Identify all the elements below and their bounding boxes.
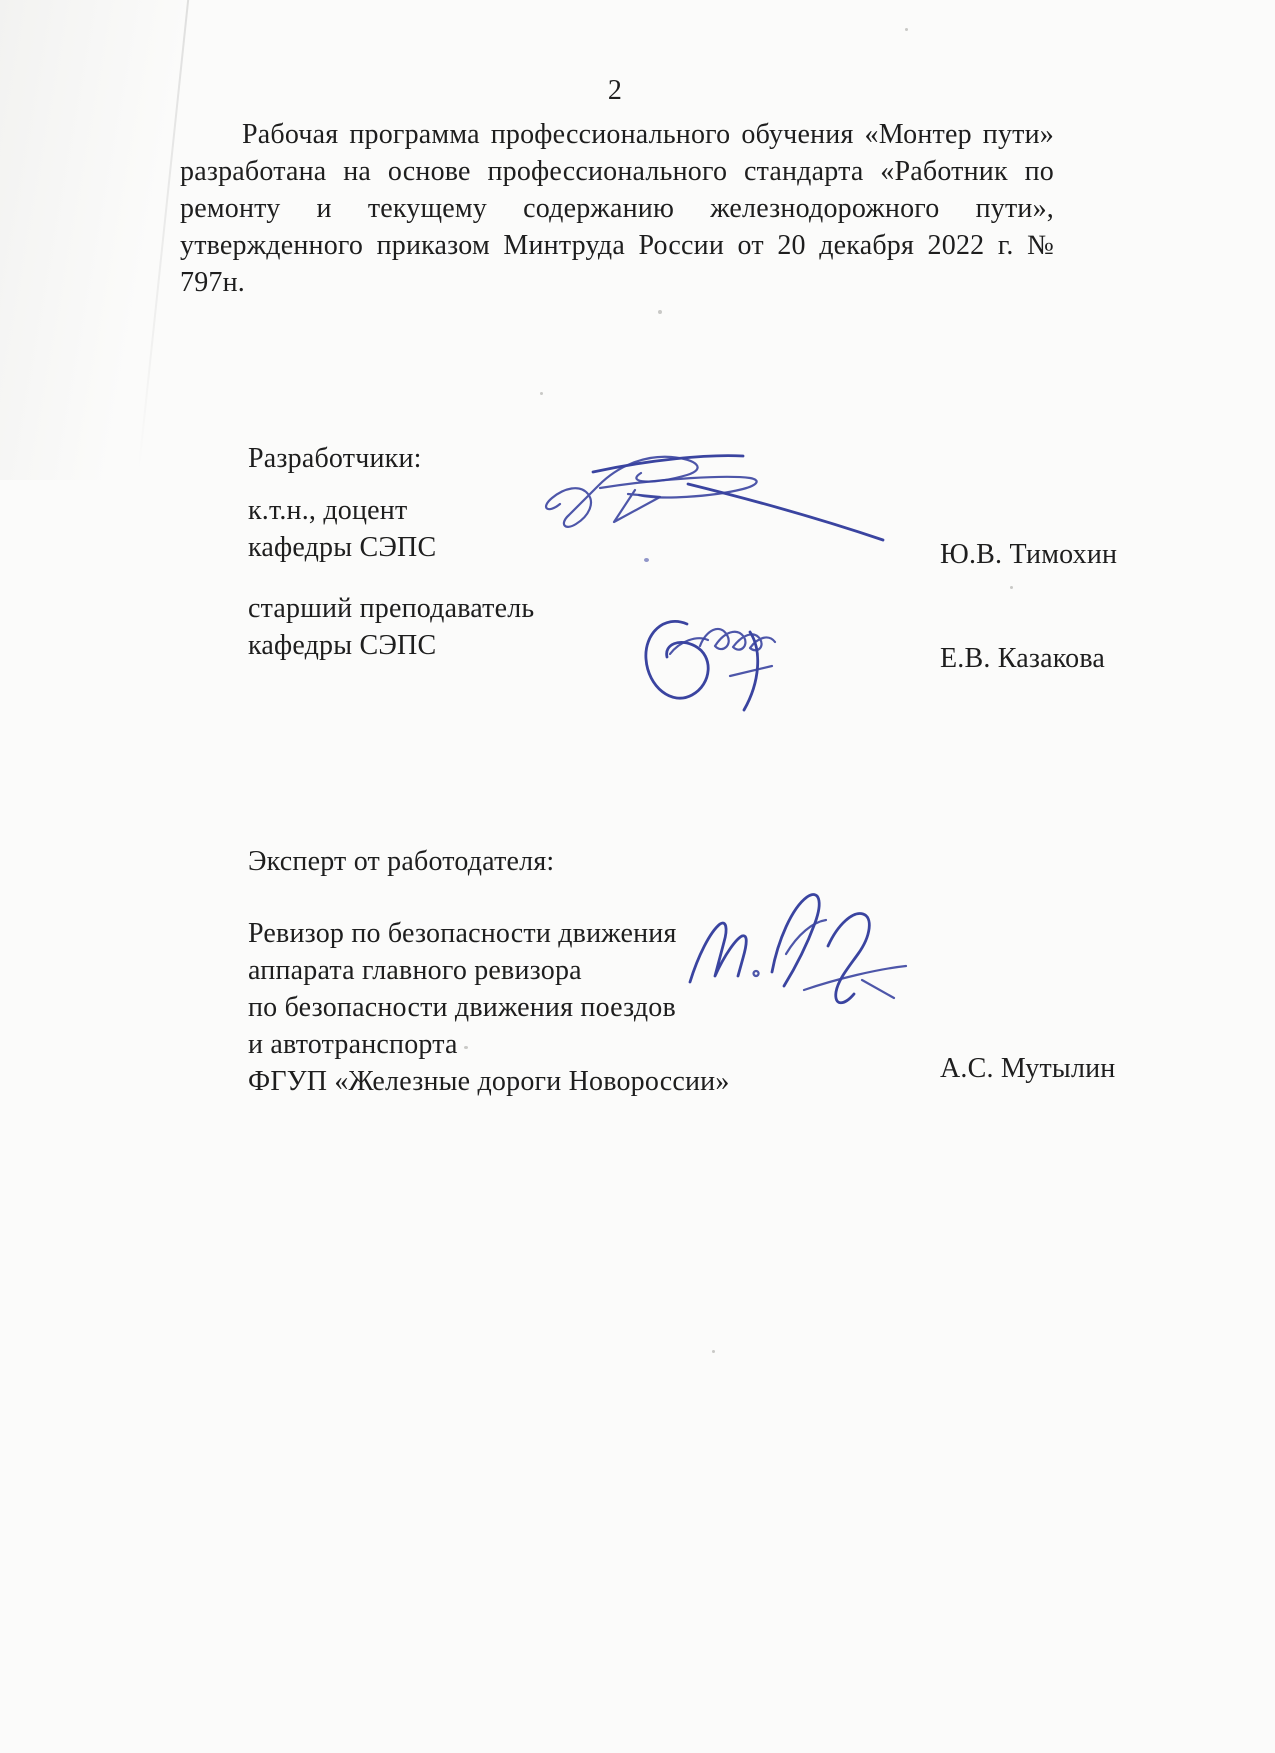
expert-name: А.С. Мутылин — [940, 1050, 1116, 1087]
developer-role: к.т.н., доцент кафедры СЭПС — [248, 492, 436, 566]
developer-role-line: старший преподаватель — [248, 590, 534, 627]
expert-role-line: и автотранспорта — [248, 1026, 730, 1063]
scan-speck — [905, 28, 908, 31]
signature-kazakova — [632, 584, 787, 719]
developer-role-line: кафедры СЭПС — [248, 529, 436, 566]
developer-role-line: к.т.н., доцент — [248, 492, 436, 529]
scan-speck — [658, 310, 662, 314]
scan-speck — [540, 392, 543, 395]
expert-role: Ревизор по безопасности движения аппарат… — [248, 915, 730, 1100]
scanned-document-page: 2 Рабочая программа профессионального об… — [0, 0, 1275, 1753]
page-number: 2 — [0, 72, 1230, 109]
scan-speck — [712, 1350, 715, 1353]
expert-role-line: Ревизор по безопасности движения — [248, 915, 730, 952]
developer-name: Ю.В. Тимохин — [940, 536, 1117, 573]
expert-role-line: по безопасности движения поездов — [248, 989, 730, 1026]
scan-ink-dot — [644, 558, 649, 562]
developers-heading: Разработчики: — [248, 440, 422, 477]
developer-role-line: кафедры СЭПС — [248, 627, 534, 664]
intro-paragraph: Рабочая программа профессионального обуч… — [180, 116, 1054, 301]
scan-speck — [1010, 586, 1013, 589]
developer-name: Е.В. Казакова — [940, 640, 1105, 677]
expert-role-line: аппарата главного ревизора — [248, 952, 730, 989]
expert-heading: Эксперт от работодателя: — [248, 843, 554, 880]
signature-mutylin — [676, 884, 941, 1014]
expert-role-line: ФГУП «Железные дороги Новороссии» — [248, 1063, 730, 1100]
developer-role: старший преподаватель кафедры СЭПС — [248, 590, 534, 664]
signature-timokhin — [538, 442, 898, 552]
